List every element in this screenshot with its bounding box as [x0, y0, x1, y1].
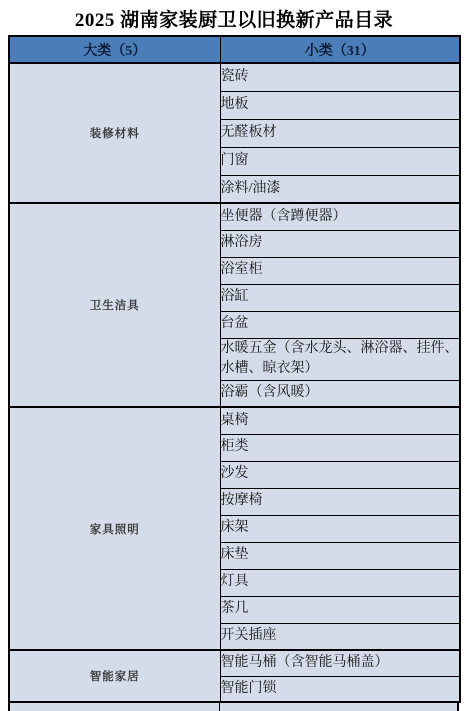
item-cell: 浴室柜 [220, 257, 460, 284]
item-cell: 按摩椅 [220, 488, 460, 515]
column-header-major: 大类（5） [9, 36, 220, 63]
item-cell: 瓷砖 [220, 63, 460, 91]
table-row: 卫生洁具坐便器（含蹲便器） [9, 203, 460, 230]
item-cell: 淋浴房 [220, 230, 460, 257]
table-row: 装修材料瓷砖 [9, 63, 460, 91]
table-header-row: 大类（5） 小类（31） [9, 36, 460, 63]
item-cell: 地板 [220, 91, 460, 119]
item-cell: 台盆 [220, 311, 460, 338]
item-cell: 桌椅 [220, 407, 460, 434]
item-cell: 涂料/油漆 [220, 175, 460, 203]
item-cell: 门窗 [220, 147, 460, 175]
item-cell: 灯具 [220, 569, 460, 596]
category-cell: 装修材料 [9, 63, 220, 203]
item-cell: 沙发 [220, 461, 460, 488]
catalog-table: 大类（5） 小类（31） 装修材料瓷砖地板无醛板材门窗涂料/油漆卫生洁具坐便器（… [8, 35, 461, 703]
clipped-next-row [8, 703, 459, 711]
table-row: 家具照明桌椅 [9, 407, 460, 434]
item-cell: 无醛板材 [220, 119, 460, 147]
category-cell: 卫生洁具 [9, 203, 220, 407]
item-cell: 浴缸 [220, 284, 460, 311]
item-cell: 床垫 [220, 542, 460, 569]
item-cell: 柜类 [220, 434, 460, 461]
item-cell: 开关插座 [220, 623, 460, 650]
item-cell: 水暖五金（含水龙头、淋浴器、挂件、水槽、晾衣架） [220, 338, 460, 380]
column-divider [219, 703, 220, 711]
column-header-minor: 小类（31） [220, 36, 460, 63]
category-cell: 家具照明 [9, 407, 220, 650]
item-cell: 床架 [220, 515, 460, 542]
screenshot-root: 2025 湖南家装厨卫以旧换新产品目录 大类（5） 小类（31） 装修材料瓷砖地… [0, 0, 468, 711]
item-cell: 茶几 [220, 596, 460, 623]
item-cell: 坐便器（含蹲便器） [220, 203, 460, 230]
category-cell: 智能家居 [9, 650, 220, 702]
item-cell: 浴霸（含风暖） [220, 380, 460, 407]
page-title: 2025 湖南家装厨卫以旧换新产品目录 [0, 0, 468, 35]
item-cell: 智能马桶（含智能马桶盖） [220, 650, 460, 676]
table-row: 智能家居智能马桶（含智能马桶盖） [9, 650, 460, 676]
item-cell: 智能门锁 [220, 676, 460, 702]
